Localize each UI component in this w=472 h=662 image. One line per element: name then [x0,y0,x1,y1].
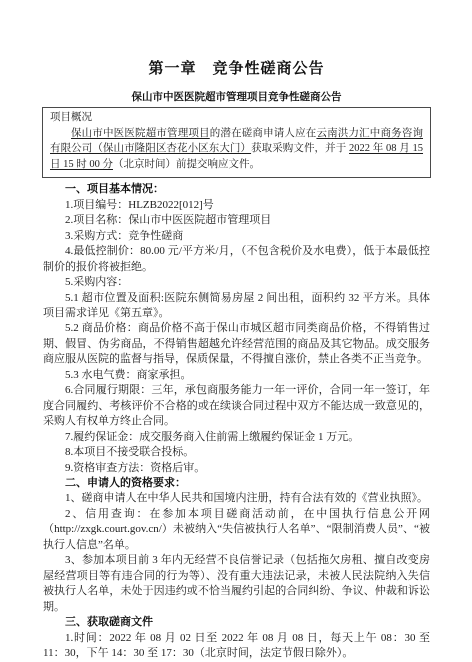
paragraph-project-name: 2.项目名称：保山市中医医院超市管理项目 [43,213,430,228]
paragraph-qualification-review: 9.资格审查方法：资格后审。 [43,461,430,476]
overview-text: 的潜在磋商申请人应在 [210,128,317,139]
section-applicant-qualification: 二、申请人的资格要求： 1、磋商申请人在中华人民共和国境内注册，持有合法有效的《… [43,476,430,615]
project-overview-box: 项目概况 保山市中医医院超市管理项目的潜在磋商申请人应在云南洪力汇中商务咨询有限… [42,107,431,178]
overview-label: 项目概况 [50,110,423,126]
paragraph-procurement-method: 3.采购方式：竞争性磋商 [43,229,430,244]
paragraph-utilities: 5.3 水电气费：商家承担。 [43,368,430,383]
section-heading: 二、申请人的资格要求： [43,476,430,491]
paragraph-credit-check: 2、信用查询：在参加本项目磋商活动前，在中国执行信息公开网（http://zxg… [43,507,430,553]
paragraph-goods-price: 5.2 商品价格：商品价格不高于保山市城区超市同类商品价格，不得销售过期、假冒、… [43,321,430,367]
paragraph-project-number: 1.项目编号：HLZB2022[012]号 [43,198,430,213]
paragraph-location-area: 5.1 超市位置及面积:医院东侧简易房屋 2 间出租，面积约 32 平方米。具体… [43,291,430,322]
paragraph-price-floor: 4.最低控制价：80.00 元/平方米/月，（不包含税价及水电费），低于本最低控… [43,244,430,275]
overview-paragraph: 保山市中医医院超市管理项目的潜在磋商申请人应在云南洪力汇中商务咨询有限公司（保山… [50,126,423,173]
paragraph-procurement-content: 5.采购内容： [43,275,430,290]
paragraph-contract-term: 6.合同履行期限：三年，承包商服务能力一年一评价，合同一年一签订，年度合同履约、… [43,383,430,429]
overview-text: （北京时间）前提交响应文件。 [113,159,260,170]
section-heading: 三、获取磋商文件 [43,615,430,630]
paragraph-business-license: 1、磋商申请人在中华人民共和国境内注册，持有合法有效的《营业执照》。 [43,491,430,506]
paragraph-no-bad-record: 3、参加本项目前 3 年内无经营不良信誉记录（包括拖欠房租、擅自改变房屋经营项目… [43,553,430,615]
paragraph-performance-bond: 7.履约保证金：成交服务商入住前需上缴履约保证金 1 万元。 [43,430,430,445]
section-heading: 一、项目基本情况： [43,182,430,197]
paragraph-no-consortium: 8.本项目不接受联合投标。 [43,445,430,460]
document-page: 第一章 竞争性磋商公告 保山市中医医院超市管理项目竞争性磋商公告 项目概况 保山… [0,0,472,662]
chapter-title: 第一章 竞争性磋商公告 [43,57,430,78]
project-name-underline: 保山市中医医院超市管理项目 [71,128,210,139]
overview-text: 获取采购文件，并于 [251,143,349,154]
section-obtain-documents: 三、获取磋商文件 1.时间：2022 年 08 月 02 日至 2022 年 0… [43,615,430,661]
section-basic-info: 一、项目基本情况： 1.项目编号：HLZB2022[012]号 2.项目名称：保… [43,182,430,476]
announcement-subtitle: 保山市中医医院超市管理项目竞争性磋商公告 [43,89,430,104]
paragraph-obtain-time: 1.时间：2022 年 08 月 02 日至 2022 年 08 月 08 日，… [43,631,430,662]
